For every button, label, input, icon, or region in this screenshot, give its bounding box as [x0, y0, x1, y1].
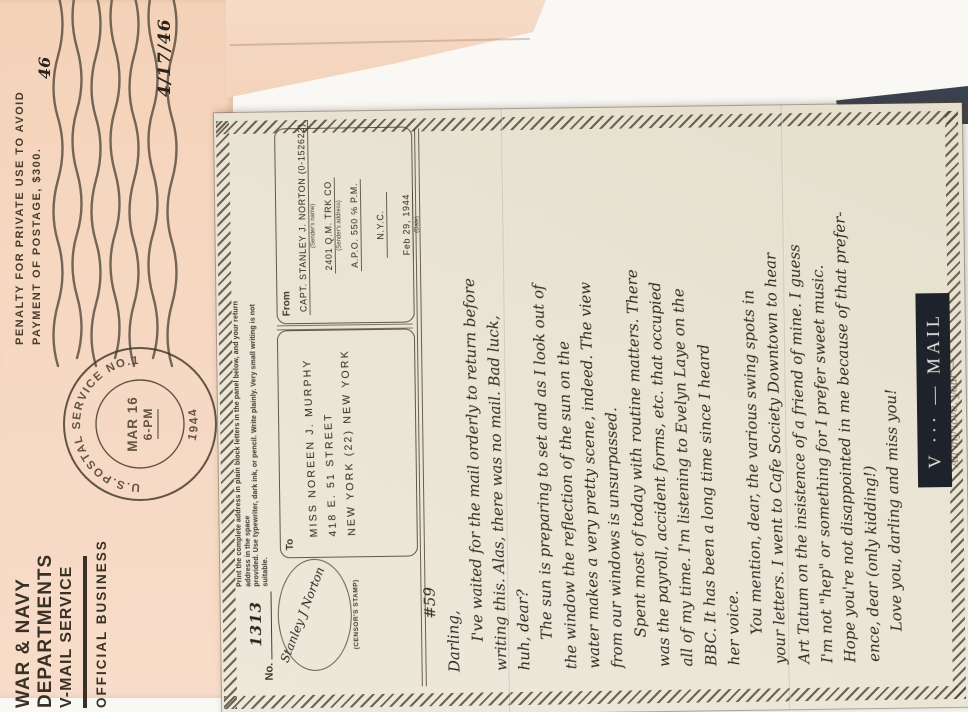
- return-address-block: WAR & NAVY DEPARTMENTS V-MAIL SERVICE OF…: [13, 490, 135, 708]
- postmark-stamp: U.S.POSTAL SERVICE NO.1 1944 MAR 16 6-PM: [55, 339, 225, 509]
- return-address-line-4: OFFICIAL BUSINESS: [94, 490, 109, 708]
- letter-body-lines: I've waited for the mail orderly to retu…: [454, 125, 910, 672]
- postmark-inner-ring: [96, 380, 184, 468]
- from-label: From: [281, 291, 292, 316]
- form-number-label: No.: [263, 663, 275, 681]
- to-address-lines: MISS NOREEN J. MURPHY418 E. 51 STREETNEW…: [298, 349, 362, 538]
- postmark-date: MAR 16: [125, 396, 140, 452]
- from-entry-value: 2401 Q.M. TRK CO: [323, 178, 336, 274]
- handwritten-date-note: 4/17/46: [155, 5, 185, 97]
- letter-body: #59 Darling, I've waited for the mail or…: [407, 125, 909, 673]
- form-number-value: 1313: [247, 601, 266, 647]
- penalty-notice: PENALTY FOR PRIVATE USE TO AVOID PAYMENT…: [12, 55, 48, 345]
- penalty-line-1: PENALTY FOR PRIVATE USE TO AVOID: [12, 55, 29, 345]
- svg-text:1944: 1944: [185, 406, 201, 442]
- from-entry: N.Y.C.: [369, 136, 396, 314]
- scanned-vmail-photo: PENALTY FOR PRIVATE USE TO AVOID PAYMENT…: [0, 0, 968, 712]
- return-address-line-3: V-MAIL SERVICE: [57, 490, 77, 708]
- hatch-border-left: [224, 686, 966, 709]
- form-instructions: Print the complete address in plain bloc…: [232, 287, 270, 587]
- censor-stamp-label: (CENSOR'S STAMP): [352, 553, 361, 675]
- from-entry: CAPT. STANLEY J. NORTON (0-152622)(Sende…: [291, 137, 318, 315]
- penalty-line-2: PAYMENT OF POSTAGE, $300.: [29, 55, 46, 345]
- envelope-flap-corner: [226, 0, 546, 100]
- to-address-panel: To MISS NOREEN J. MURPHY418 E. 51 STREET…: [277, 328, 418, 558]
- to-label: To: [285, 539, 296, 551]
- from-entry: 2401 Q.M. TRK CO(Sender's address): [317, 136, 344, 314]
- from-entries: CAPT. STANLEY J. NORTON (0-152622)(Sende…: [291, 135, 423, 315]
- postmark-ring-year: 1944: [185, 406, 201, 442]
- from-entry-value: A.P.O. 550 ℅ P.M.: [349, 180, 362, 271]
- handwritten-corner-number: 46: [35, 39, 57, 79]
- from-entry-value: N.Y.C.: [375, 192, 388, 258]
- from-entry-value: CAPT. STANLEY J. NORTON (0-152622): [296, 120, 311, 315]
- form-instructions-line-2: provided. Use typewriter, dark ink, or p…: [249, 287, 270, 587]
- from-entry: A.P.O. 550 ℅ P.M.: [343, 136, 370, 314]
- return-address-line-2: DEPARTMENTS: [35, 490, 57, 708]
- form-number-row: No. 1313: [259, 592, 276, 681]
- from-address-panel: From CAPT. STANLEY J. NORTON (0-152622)(…: [274, 126, 415, 324]
- postmark-time: 6-PM: [141, 408, 155, 441]
- vmail-form: Print the complete address in plain bloc…: [214, 103, 968, 712]
- vmail-letter-sheet: Print the complete address in plain bloc…: [214, 103, 968, 712]
- return-address-divider: [83, 556, 87, 708]
- return-address-line-1: WAR & NAVY: [13, 490, 35, 708]
